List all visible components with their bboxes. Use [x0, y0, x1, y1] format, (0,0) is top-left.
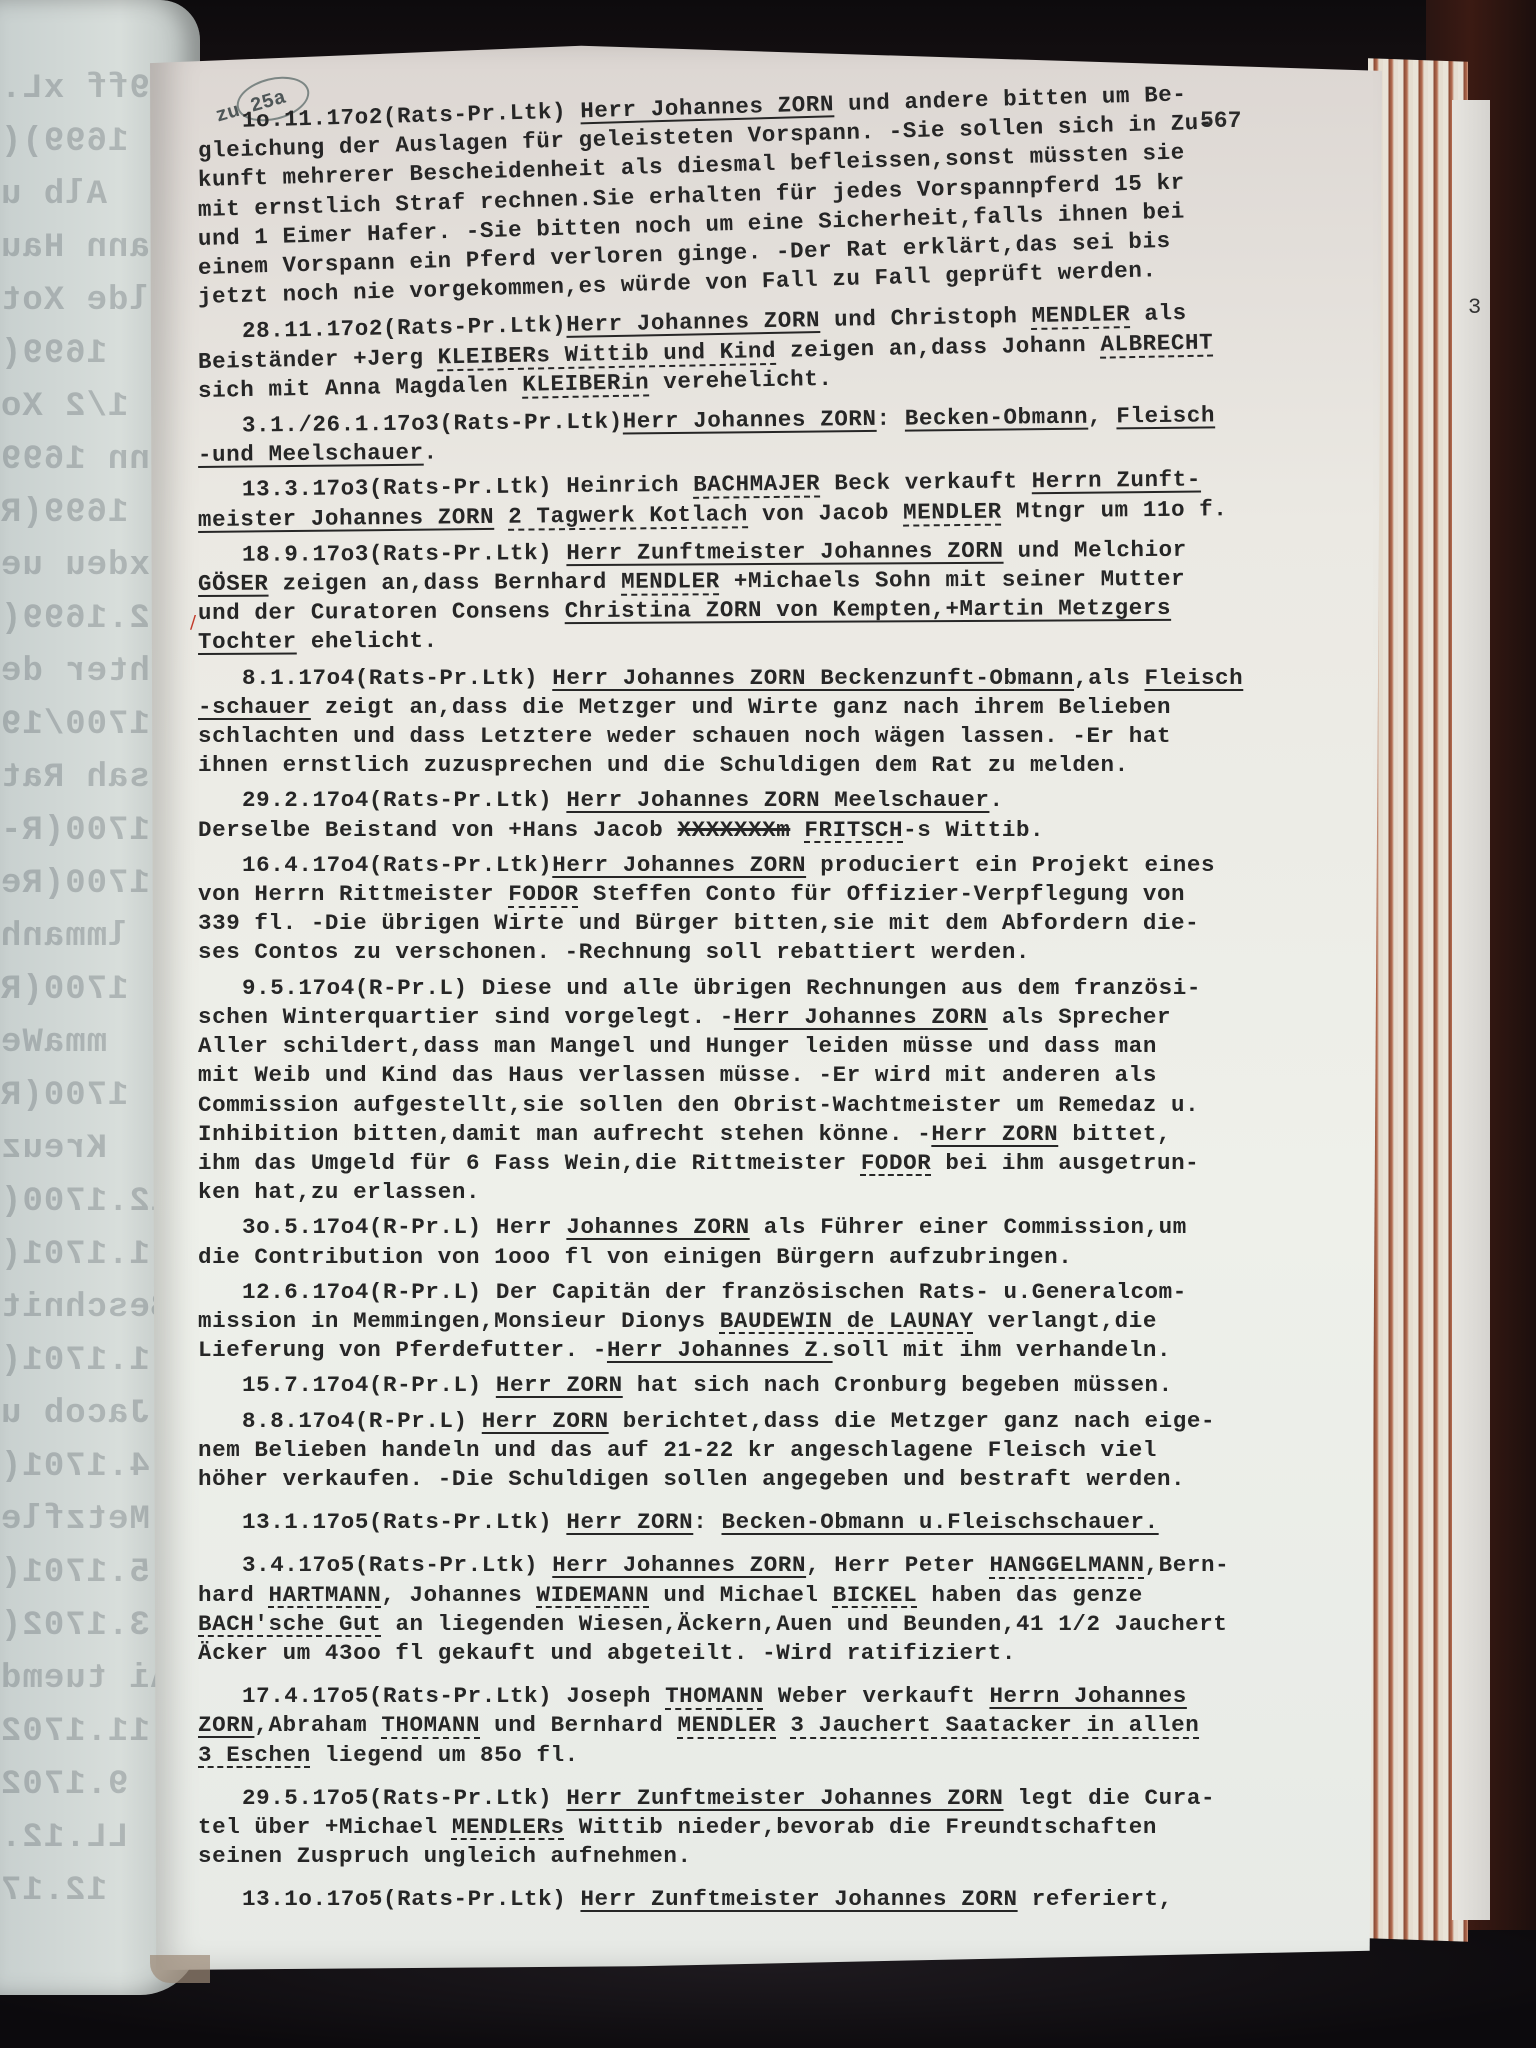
text-run: 15.7.17o4(R-Pr.L)	[242, 1372, 496, 1398]
text-line: 3o.5.17o4(R-Pr.L) Herr Johannes ZORN als…	[198, 1213, 1408, 1242]
text-run: ehelicht.	[297, 628, 438, 655]
text-run: 13.1.17o5(Rats-Pr.Ltk)	[242, 1509, 566, 1535]
text-line: Derselbe Beistand von +Hans Jacob XXXXXX…	[198, 816, 1408, 845]
text-line: seinen Zuspruch ungleich aufnehmen.	[198, 1842, 1408, 1871]
text-run: als Sprecher	[988, 1004, 1171, 1030]
text-run: die Contribution von 1ooo fl von einigen…	[198, 1244, 1072, 1270]
double-underlined-name: BACHMAJER	[693, 471, 820, 498]
red-margin-mark: /	[190, 612, 196, 633]
text-line: Tochter ehelicht.	[198, 622, 1408, 658]
document-entry: 29.5.17o5(Rats-Pr.Ltk) Herr Zunftmeister…	[198, 1784, 1408, 1872]
text-run: bei ihm ausgetrun-	[931, 1150, 1199, 1176]
text-line: 8.8.17o4(R-Pr.L) Herr ZORN berichtet,das…	[198, 1407, 1408, 1436]
text-run	[494, 503, 508, 529]
underlined-text: Becken-Obmann	[905, 404, 1089, 432]
underlined-text: Becken-Obmann u.Fleischschauer.	[722, 1509, 1159, 1535]
underlined-text: Johannes ZORN	[566, 1214, 749, 1240]
text-run	[776, 1712, 790, 1738]
underlined-text: Herr Johannes ZORN	[623, 406, 877, 435]
double-underlined-name: 2 Tagwerk Kotlach	[508, 501, 748, 530]
text-run: Commission aufgestellt,sie sollen den Ob…	[198, 1092, 1199, 1118]
document-entry: 3.4.17o5(Rats-Pr.Ltk) Herr Johannes ZORN…	[198, 1551, 1408, 1668]
text-run: von Herrn Rittmeister	[198, 881, 508, 907]
text-run: 16.4.17o4(Rats-Pr.Ltk)	[242, 852, 552, 878]
text-line: höher verkaufen. -Die Schuldigen sollen …	[198, 1465, 1408, 1494]
text-line: 8.1.17o4(Rats-Pr.Ltk) Herr Johannes ZORN…	[198, 664, 1408, 693]
document-entry: 16.4.17o4(Rats-Pr.Ltk)Herr Johannes ZORN…	[198, 851, 1408, 968]
underlined-text: Herrn Zunft-	[1032, 467, 1201, 495]
text-run: ihm das Umgeld für 6 Fass Wein,die Rittm…	[198, 1150, 861, 1176]
text-line: von Herrn Rittmeister FODOR Steffen Cont…	[198, 880, 1408, 909]
text-line: ZORN,Abraham THOMANN und Bernhard MENDLE…	[198, 1711, 1408, 1740]
text-line: BACH'sche Gut an liegenden Wiesen,Äckern…	[198, 1610, 1408, 1639]
text-run: als Führer einer Commission,um	[750, 1214, 1187, 1240]
text-run: tel über +Michael	[198, 1814, 452, 1840]
underlined-text: Herr Johannes ZORN	[734, 1004, 988, 1030]
text-run: soll mit ihm verhandeln.	[833, 1337, 1171, 1363]
text-run: mit Weib und Kind das Haus verlassen müs…	[198, 1062, 1157, 1088]
text-run: .	[989, 787, 1003, 813]
underlined-text: Fleisch	[1116, 402, 1215, 429]
text-line: 3 Eschen liegend um 85o fl.	[198, 1741, 1408, 1770]
text-run: haben das genze	[917, 1582, 1143, 1608]
text-line: 339 fl. -Die übrigen Wirte und Bürger bi…	[198, 909, 1408, 938]
double-underlined-name: 3 Eschen	[198, 1742, 311, 1768]
text-run: Aller schildert,dass man Mangel und Hung…	[198, 1033, 1157, 1059]
text-run: 13.1o.17o5(Rats-Pr.Ltk)	[242, 1886, 580, 1912]
text-run: ihnen ernstlich zuzusprechen und die Sch…	[198, 752, 1129, 778]
text-run: als	[1130, 300, 1187, 327]
text-run: verehelicht.	[649, 366, 833, 396]
document-entry: 8.8.17o4(R-Pr.L) Herr ZORN berichtet,das…	[198, 1407, 1408, 1495]
underlined-text: Herr Johannes ZORN Meelschauer	[566, 787, 989, 813]
double-underlined-name: THOMANN	[381, 1712, 480, 1738]
text-line: 17.4.17o5(Rats-Pr.Ltk) Joseph THOMANN We…	[198, 1682, 1408, 1711]
underlined-text: Herr Johannes ZORN	[566, 307, 820, 338]
double-underlined-name: 3 Jauchert Saatacker in allen	[790, 1712, 1199, 1738]
text-run: 339 fl. -Die übrigen Wirte und Bürger bi…	[198, 910, 1199, 936]
text-run: 13.3.17o3(Rats-Pr.Ltk) Heinrich	[242, 472, 694, 503]
double-underlined-name: BAUDEWIN de LAUNAY	[720, 1308, 974, 1334]
text-run: zeigt an,dass die Metzger und Wirte ganz…	[311, 694, 1171, 720]
text-run: hat sich nach Cronburg begeben müssen.	[623, 1372, 1173, 1398]
document-text-body: 1o.11.17o2(Rats-Pr.Ltk) Herr Johannes ZO…	[198, 108, 1408, 1921]
double-underlined-name: KLEIBERs Wittib und Kind	[437, 338, 776, 370]
underlined-text: -schauer	[198, 694, 311, 720]
text-run: Wittib nieder,bevorab die Freundtschafte…	[565, 1814, 1157, 1840]
double-underlined-name: HANGGELMANN	[989, 1552, 1144, 1578]
text-line: -schauer zeigt an,dass die Metzger und W…	[198, 693, 1408, 722]
document-entry: 15.7.17o4(R-Pr.L) Herr ZORN hat sich nac…	[198, 1371, 1408, 1400]
double-underlined-name: MENDLER	[903, 498, 1002, 525]
text-run: liegend um 85o fl.	[311, 1742, 579, 1768]
text-run: nem Belieben handeln und das auf 21-22 k…	[198, 1437, 1157, 1463]
double-underlined-name: MENDLER	[621, 568, 720, 595]
underlined-text: GÖSER	[198, 571, 269, 597]
text-line: 13.1o.17o5(Rats-Pr.Ltk) Herr Zunftmeiste…	[198, 1885, 1408, 1914]
text-run: Derselbe Beistand von +Hans Jacob	[198, 817, 677, 843]
text-run: Beiständer +Jerg	[198, 344, 438, 375]
text-run: , Herr Peter	[806, 1552, 989, 1578]
double-underlined-name: KLEIBERin	[522, 369, 649, 397]
text-run: und Bernhard	[480, 1712, 677, 1738]
text-run: legt die Cura-	[1004, 1785, 1216, 1811]
double-underlined-name: BACH'sche Gut	[198, 1611, 381, 1637]
underlined-text: Herrn Johannes	[989, 1683, 1186, 1709]
underlined-text: -und Meelschauer	[198, 440, 424, 468]
text-run: verlangt,die	[974, 1308, 1157, 1334]
underlined-text: meister Johannes ZORN	[198, 504, 494, 533]
text-run: und der Curatoren Consens	[198, 598, 565, 626]
underlined-text: Fleisch	[1145, 665, 1244, 691]
underlined-text: Herr Zunftmeister Johannes ZORN	[580, 1886, 1017, 1912]
document-entry: 18.9.17o3(Rats-Pr.Ltk) Herr Zunftmeister…	[198, 541, 1408, 658]
text-line: die Contribution von 1ooo fl von einigen…	[198, 1243, 1408, 1272]
text-run: ,Abraham	[254, 1712, 381, 1738]
text-line: ihnen ernstlich zuzusprechen und die Sch…	[198, 751, 1408, 780]
double-underlined-name: MENDLER	[1031, 302, 1130, 330]
document-entry: 28.11.17o2(Rats-Pr.Ltk)Herr Johannes ZOR…	[198, 318, 1408, 406]
underlined-text: Herr Johannes ZORN Beckenzunft-Obmann	[552, 665, 1074, 691]
text-run: schlachten und dass Letztere weder schau…	[198, 723, 1171, 749]
text-run: ken hat,zu erlassen.	[198, 1179, 480, 1205]
underlined-text: Christina ZORN von Kempten,+Martin Metzg…	[565, 595, 1172, 624]
double-underlined-name: MENDLERs	[452, 1814, 565, 1840]
text-run: ,	[1088, 403, 1116, 429]
text-line: 29.2.17o4(Rats-Pr.Ltk) Herr Johannes ZOR…	[198, 786, 1408, 815]
text-run: :	[693, 1509, 721, 1535]
text-line: Commission aufgestellt,sie sollen den Ob…	[198, 1091, 1408, 1120]
text-run: 3.1./26.1.17o3(Rats-Pr.Ltk)	[242, 409, 623, 439]
text-run: höher verkaufen. -Die Schuldigen sollen …	[198, 1466, 1185, 1492]
double-underlined-name: THOMANN	[665, 1683, 764, 1709]
text-line: 15.7.17o4(R-Pr.L) Herr ZORN hat sich nac…	[198, 1371, 1408, 1400]
text-run: Steffen Conto für Offizier-Verpflegung v…	[579, 881, 1185, 907]
text-run: 9.5.17o4(R-Pr.L) Diese und alle übrigen …	[242, 975, 1201, 1001]
text-run: 3o.5.17o4(R-Pr.L) Herr	[242, 1214, 566, 1240]
text-run: Inhibition bitten,damit man aufrecht ste…	[198, 1121, 931, 1147]
text-run: Weber verkauft	[764, 1683, 990, 1709]
text-line: Inhibition bitten,damit man aufrecht ste…	[198, 1120, 1408, 1149]
text-line: hard HARTMANN, Johannes WIDEMANN und Mic…	[198, 1581, 1408, 1610]
text-line: mission in Memmingen,Monsieur Dionys BAU…	[198, 1307, 1408, 1336]
text-run: -s Wittib.	[903, 817, 1044, 843]
edge-page-number: 3	[1468, 295, 1481, 320]
text-run: sich mit Anna Magdalen	[198, 372, 523, 404]
document-entry: 12.6.17o4(R-Pr.L) Der Capitän der franzö…	[198, 1278, 1408, 1366]
text-run: ,Bern-	[1145, 1552, 1230, 1578]
text-run: 28.11.17o2(Rats-Pr.Ltk)	[242, 312, 567, 344]
text-run: 8.8.17o4(R-Pr.L)	[242, 1408, 482, 1434]
text-line: schen Winterquartier sind vorgelegt. -He…	[198, 1003, 1408, 1032]
text-line: nem Belieben handeln und das auf 21-22 k…	[198, 1436, 1408, 1465]
document-entry: 3.1./26.1.17o3(Rats-Pr.Ltk)Herr Johannes…	[198, 412, 1408, 470]
underlined-text: Herr Johannes Z.	[607, 1337, 833, 1363]
underlined-text: Herr Johannes ZORN	[552, 1552, 806, 1578]
text-run: Äcker um 43oo fl gekauft und abgeteilt. …	[198, 1640, 1016, 1666]
underlined-text: ZORN	[198, 1712, 254, 1738]
text-run: ,als	[1074, 665, 1145, 691]
text-run: referiert,	[1018, 1886, 1173, 1912]
text-run: seinen Zuspruch ungleich aufnehmen.	[198, 1843, 692, 1869]
underlined-text: Herr ZORN	[931, 1121, 1058, 1147]
text-run: von Jacob	[748, 499, 903, 527]
double-underlined-name: BICKEL	[833, 1582, 918, 1608]
document-entry: 13.1.17o5(Rats-Pr.Ltk) Herr ZORN: Becken…	[198, 1508, 1408, 1537]
text-line: Aller schildert,dass man Mangel und Hung…	[198, 1032, 1408, 1061]
text-run: 29.2.17o4(Rats-Pr.Ltk)	[242, 787, 566, 813]
text-line: 13.1.17o5(Rats-Pr.Ltk) Herr ZORN: Becken…	[198, 1508, 1408, 1537]
double-underlined-name: HARTMANN	[269, 1582, 382, 1608]
text-run: berichtet,dass die Metzger ganz nach eig…	[609, 1408, 1215, 1434]
text-run: 8.1.17o4(Rats-Pr.Ltk)	[242, 665, 552, 691]
text-run: Mtngr um 11o f.	[1002, 496, 1228, 524]
double-underlined-name: FRITSCH	[804, 817, 903, 843]
struck-out-text: XXXXXXXm	[677, 817, 790, 843]
text-line: schlachten und dass Letztere weder schau…	[198, 722, 1408, 751]
text-line: ken hat,zu erlassen.	[198, 1178, 1408, 1207]
text-line: 16.4.17o4(Rats-Pr.Ltk)Herr Johannes ZORN…	[198, 851, 1408, 880]
text-line: ses Contos zu verschonen. -Rechnung soll…	[198, 938, 1408, 967]
text-run: Beck verkauft	[820, 469, 1032, 497]
text-run: und Christoph	[820, 303, 1032, 333]
text-run: , Johannes	[381, 1582, 536, 1608]
text-run: hard	[198, 1582, 269, 1608]
underlined-text: Herr Zunftmeister Johannes ZORN	[566, 1785, 1003, 1811]
document-entry: 29.2.17o4(Rats-Pr.Ltk) Herr Johannes ZOR…	[198, 786, 1408, 844]
text-run: .	[423, 440, 437, 466]
text-run: :	[876, 406, 904, 432]
text-run: zeigen an,dass Bernhard	[268, 569, 621, 597]
text-line: 29.5.17o5(Rats-Pr.Ltk) Herr Zunftmeister…	[198, 1784, 1408, 1813]
underlined-text: Herr Johannes ZORN	[552, 852, 806, 878]
text-run: 12.6.17o4(R-Pr.L) Der Capitän der franzö…	[242, 1279, 1187, 1305]
double-underlined-name: FODOR	[861, 1150, 932, 1176]
text-line: Lieferung von Pferdefutter. -Herr Johann…	[198, 1336, 1408, 1365]
text-run: mission in Memmingen,Monsieur Dionys	[198, 1308, 720, 1334]
text-run: Lieferung von Pferdefutter. -	[198, 1337, 607, 1363]
document-entry: 8.1.17o4(Rats-Pr.Ltk) Herr Johannes ZORN…	[198, 664, 1408, 781]
underlined-text: Tochter	[198, 629, 297, 656]
text-run: 17.4.17o5(Rats-Pr.Ltk) Joseph	[242, 1683, 665, 1709]
text-run: schen Winterquartier sind vorgelegt. -	[198, 1004, 734, 1030]
underlined-text: Herr ZORN	[566, 1509, 693, 1535]
double-underlined-name: FODOR	[508, 881, 579, 907]
text-run: und Melchior	[1003, 537, 1186, 564]
document-entry: 13.1o.17o5(Rats-Pr.Ltk) Herr Zunftmeiste…	[198, 1885, 1408, 1914]
text-line: mit Weib und Kind das Haus verlassen müs…	[198, 1061, 1408, 1090]
text-run: +Michaels Sohn mit seiner Mutter	[720, 566, 1186, 594]
text-run	[790, 817, 804, 843]
text-line: Äcker um 43oo fl gekauft und abgeteilt. …	[198, 1639, 1408, 1668]
document-entry: 9.5.17o4(R-Pr.L) Diese und alle übrigen …	[198, 974, 1408, 1208]
text-run: zeigen an,dass Johann	[776, 331, 1101, 363]
book-outer-page-edge	[1452, 100, 1490, 1920]
text-run: ses Contos zu verschonen. -Rechnung soll…	[198, 939, 1030, 965]
text-run: 18.9.17o3(Rats-Pr.Ltk)	[242, 540, 566, 568]
text-line: tel über +Michael MENDLERs Wittib nieder…	[198, 1813, 1408, 1842]
text-line: 3.4.17o5(Rats-Pr.Ltk) Herr Johannes ZORN…	[198, 1551, 1408, 1580]
underlined-text: Herr ZORN	[496, 1372, 623, 1398]
text-line: 9.5.17o4(R-Pr.L) Diese und alle übrigen …	[198, 974, 1408, 1003]
text-run: produciert ein Projekt eines	[806, 852, 1215, 878]
double-underlined-name: ALBRECHT	[1100, 329, 1213, 357]
text-run: an liegenden Wiesen,Äckern,Auen und Beun…	[381, 1611, 1227, 1637]
double-underlined-name: WIDEMANN	[536, 1582, 649, 1608]
text-line: 12.6.17o4(R-Pr.L) Der Capitän der franzö…	[198, 1278, 1408, 1307]
underlined-text: Herr Zunftmeister Johannes ZORN	[566, 538, 1003, 566]
document-entry: 13.3.17o3(Rats-Pr.Ltk) Heinrich BACHMAJE…	[198, 476, 1408, 534]
double-underlined-name: MENDLER	[678, 1712, 777, 1738]
document-entry: 3o.5.17o4(R-Pr.L) Herr Johannes ZORN als…	[198, 1213, 1408, 1271]
text-line: ihm das Umgeld für 6 Fass Wein,die Rittm…	[198, 1149, 1408, 1178]
text-run: 29.5.17o5(Rats-Pr.Ltk)	[242, 1785, 566, 1811]
underlined-text: Herr ZORN	[482, 1408, 609, 1434]
text-run: und Michael	[649, 1582, 832, 1608]
text-run: 3.4.17o5(Rats-Pr.Ltk)	[242, 1552, 552, 1578]
document-entry: 1o.11.17o2(Rats-Pr.Ltk) Herr Johannes ZO…	[198, 108, 1408, 312]
document-entry: 17.4.17o5(Rats-Pr.Ltk) Joseph THOMANN We…	[198, 1682, 1408, 1770]
text-run: bittet,	[1058, 1121, 1171, 1147]
page-corner-shadow	[150, 1955, 210, 1983]
